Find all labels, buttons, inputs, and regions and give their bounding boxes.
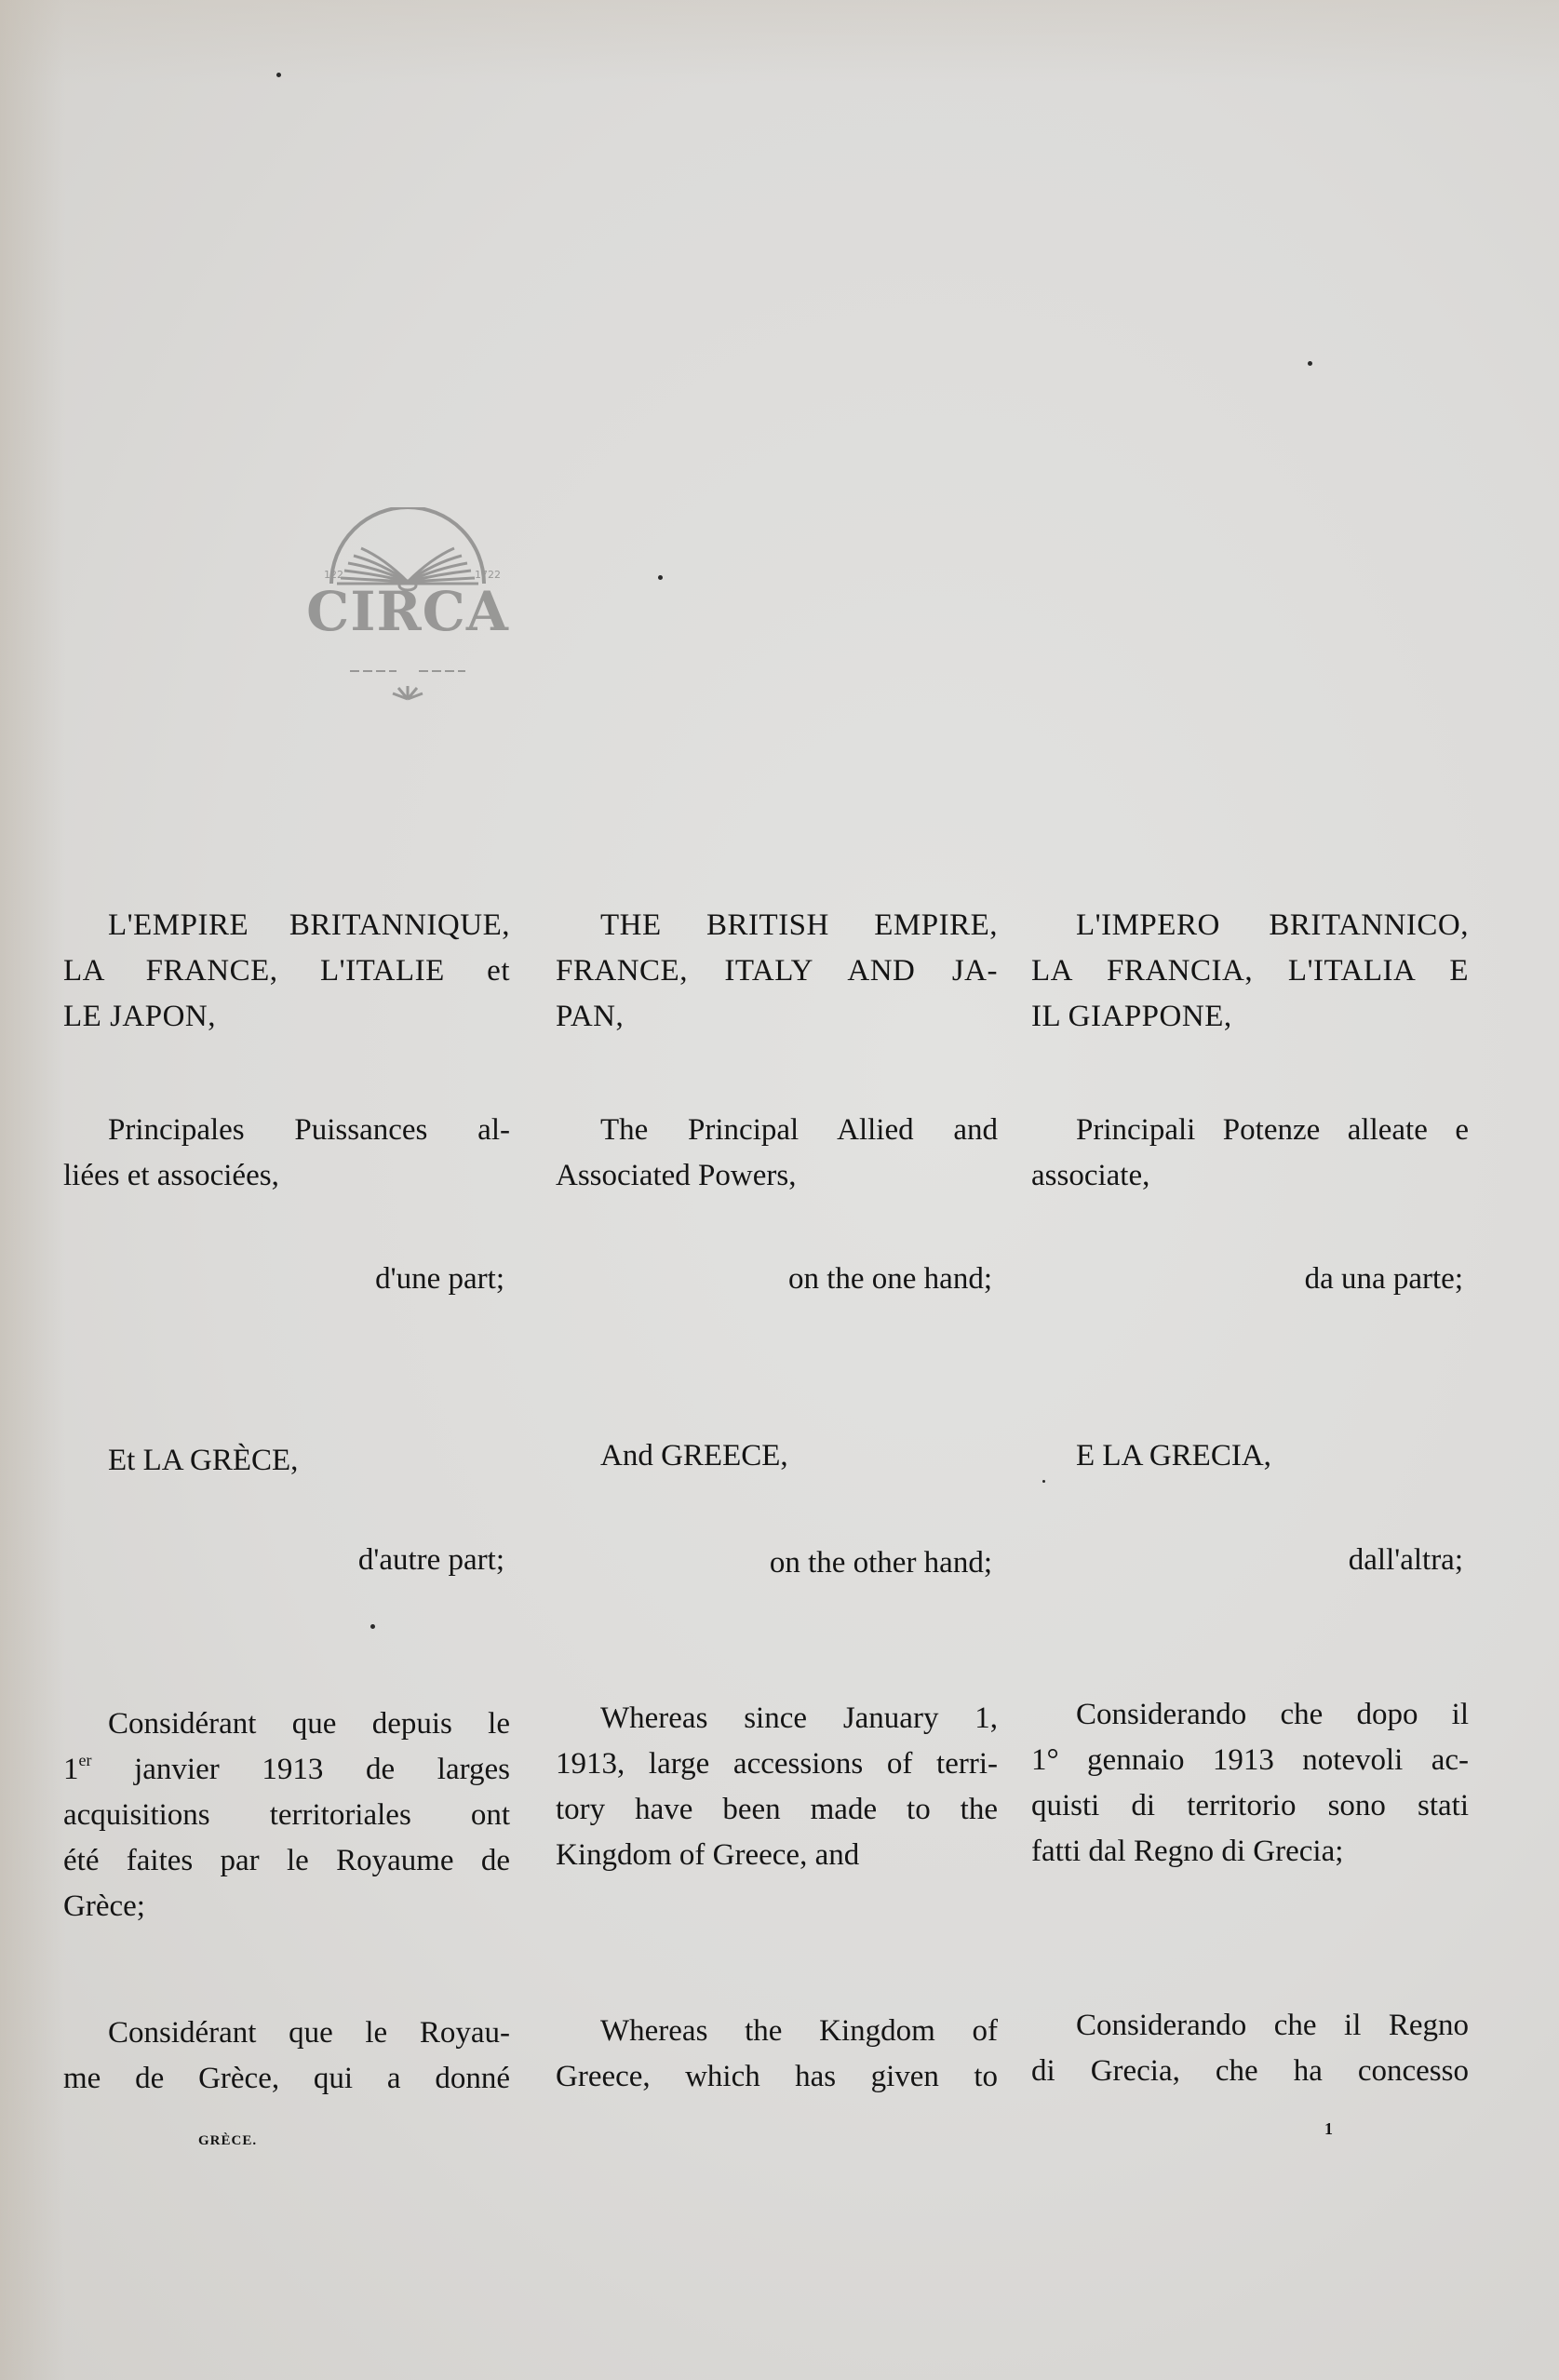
- text-fragment: janvier 1913 de larges: [91, 1753, 510, 1786]
- text-line: Principali Potenze alleate e: [1031, 1108, 1469, 1153]
- text-line: 1° gennaio 1913 notevoli ac-: [1031, 1738, 1469, 1783]
- text-line: Whereas the Kingdom of: [556, 2009, 998, 2054]
- text-line: tory have been made to the: [556, 1787, 998, 1833]
- signature-mark: GRÈCE.: [198, 2133, 257, 2149]
- heading-line: L'EMPIRE BRITANNIQUE,: [63, 903, 510, 948]
- ordinal-suffix: er: [79, 1751, 92, 1769]
- sheet-number: 1: [1324, 2119, 1333, 2139]
- second-party-it: E LA GRECIA,: [1031, 1433, 1469, 1479]
- text-line: Considérant que le Royau-: [63, 2010, 510, 2056]
- second-party-label-it: dall'altra;: [1031, 1538, 1469, 1583]
- first-party-label-en: on the one hand;: [556, 1257, 998, 1302]
- recital-1-it: Considerando che dopo il 1° gennaio 1913…: [1031, 1692, 1469, 1875]
- recital-1-fr: Considérant que depuis le 1er janvier 19…: [63, 1701, 510, 1930]
- ink-speck: [658, 575, 663, 580]
- text-line: Considérant que depuis le: [63, 1701, 510, 1747]
- text-line: Principales Puissances al-: [63, 1108, 510, 1153]
- text-line: Considerando che dopo il: [1031, 1692, 1469, 1738]
- second-party-en: And GREECE,: [556, 1433, 998, 1479]
- text-line: quisti di territorio sono stati: [1031, 1783, 1469, 1829]
- heading-line: PAN,: [556, 994, 998, 1040]
- recital-2-fr: Considérant que le Royau- me de Grèce, q…: [63, 2010, 510, 2102]
- heading-line: FRANCE, ITALY AND JA-: [556, 948, 998, 994]
- heading-line: L'IMPERO BRITANNICO,: [1031, 903, 1469, 948]
- first-party-label-it: da una parte;: [1031, 1257, 1469, 1302]
- parties-heading-fr: L'EMPIRE BRITANNIQUE, LA FRANCE, L'ITALI…: [63, 903, 510, 1040]
- ink-speck: [1308, 361, 1312, 366]
- day-number: 1: [63, 1753, 79, 1786]
- recital-1-en: Whereas since January 1, 1913, large acc…: [556, 1696, 998, 1878]
- first-party-label-fr: d'une part;: [63, 1257, 510, 1302]
- text-line: liées et associées,: [63, 1153, 510, 1199]
- text-line: Whereas since January 1,: [556, 1696, 998, 1741]
- ink-speck: [1042, 1480, 1045, 1483]
- text-line: associate,: [1031, 1153, 1469, 1199]
- text-line: Grèce;: [63, 1884, 510, 1930]
- text-line: Kingdom of Greece, and: [556, 1833, 998, 1878]
- powers-description-fr: Principales Puissances al- liées et asso…: [63, 1108, 510, 1199]
- text-line: 1913, large accessions of terri-: [556, 1741, 998, 1787]
- parties-heading-it: L'IMPERO BRITANNICO, LA FRANCIA, L'ITALI…: [1031, 903, 1469, 1040]
- second-party-label-fr: d'autre part;: [63, 1538, 510, 1583]
- text-line: 1er janvier 1913 de larges: [63, 1747, 510, 1793]
- ink-speck: [276, 73, 281, 77]
- text-line: me de Grèce, qui a donné: [63, 2056, 510, 2102]
- powers-description-it: Principali Potenze alleate e associate,: [1031, 1108, 1469, 1199]
- powers-description-en: The Principal Allied and Associated Powe…: [556, 1108, 998, 1199]
- text-line: The Principal Allied and: [556, 1108, 998, 1153]
- circa-watermark: 122 1722 CIRCA: [296, 507, 519, 703]
- recital-2-en: Whereas the Kingdom of Greece, which has…: [556, 2009, 998, 2100]
- second-party-fr: Et LA GRÈCE,: [63, 1438, 510, 1484]
- second-party-label-en: on the other hand;: [556, 1540, 998, 1586]
- recital-2-it: Considerando che il Regno di Grecia, che…: [1031, 2003, 1469, 2094]
- document-page: 122 1722 CIRCA L'EMPIRE BRITANNIQUE, LA …: [0, 0, 1559, 2380]
- watermark-word: CIRCA: [296, 580, 519, 643]
- text-line: Greece, which has given to: [556, 2054, 998, 2100]
- text-line: acquisitions territoriales ont: [63, 1793, 510, 1838]
- heading-line: LE JAPON,: [63, 994, 510, 1040]
- parties-heading-en: THE BRITISH EMPIRE, FRANCE, ITALY AND JA…: [556, 903, 998, 1040]
- heading-line: THE BRITISH EMPIRE,: [556, 903, 998, 948]
- text-line: été faites par le Royaume de: [63, 1838, 510, 1884]
- text-line: di Grecia, che ha concesso: [1031, 2049, 1469, 2094]
- ink-speck: [370, 1624, 375, 1629]
- heading-line: LA FRANCE, L'ITALIE et: [63, 948, 510, 994]
- text-line: fatti dal Regno di Grecia;: [1031, 1829, 1469, 1875]
- heading-line: LA FRANCIA, L'ITALIA E: [1031, 948, 1469, 994]
- text-line: Associated Powers,: [556, 1153, 998, 1199]
- text-line: Considerando che il Regno: [1031, 2003, 1469, 2049]
- heading-line: IL GIAPPONE,: [1031, 994, 1469, 1040]
